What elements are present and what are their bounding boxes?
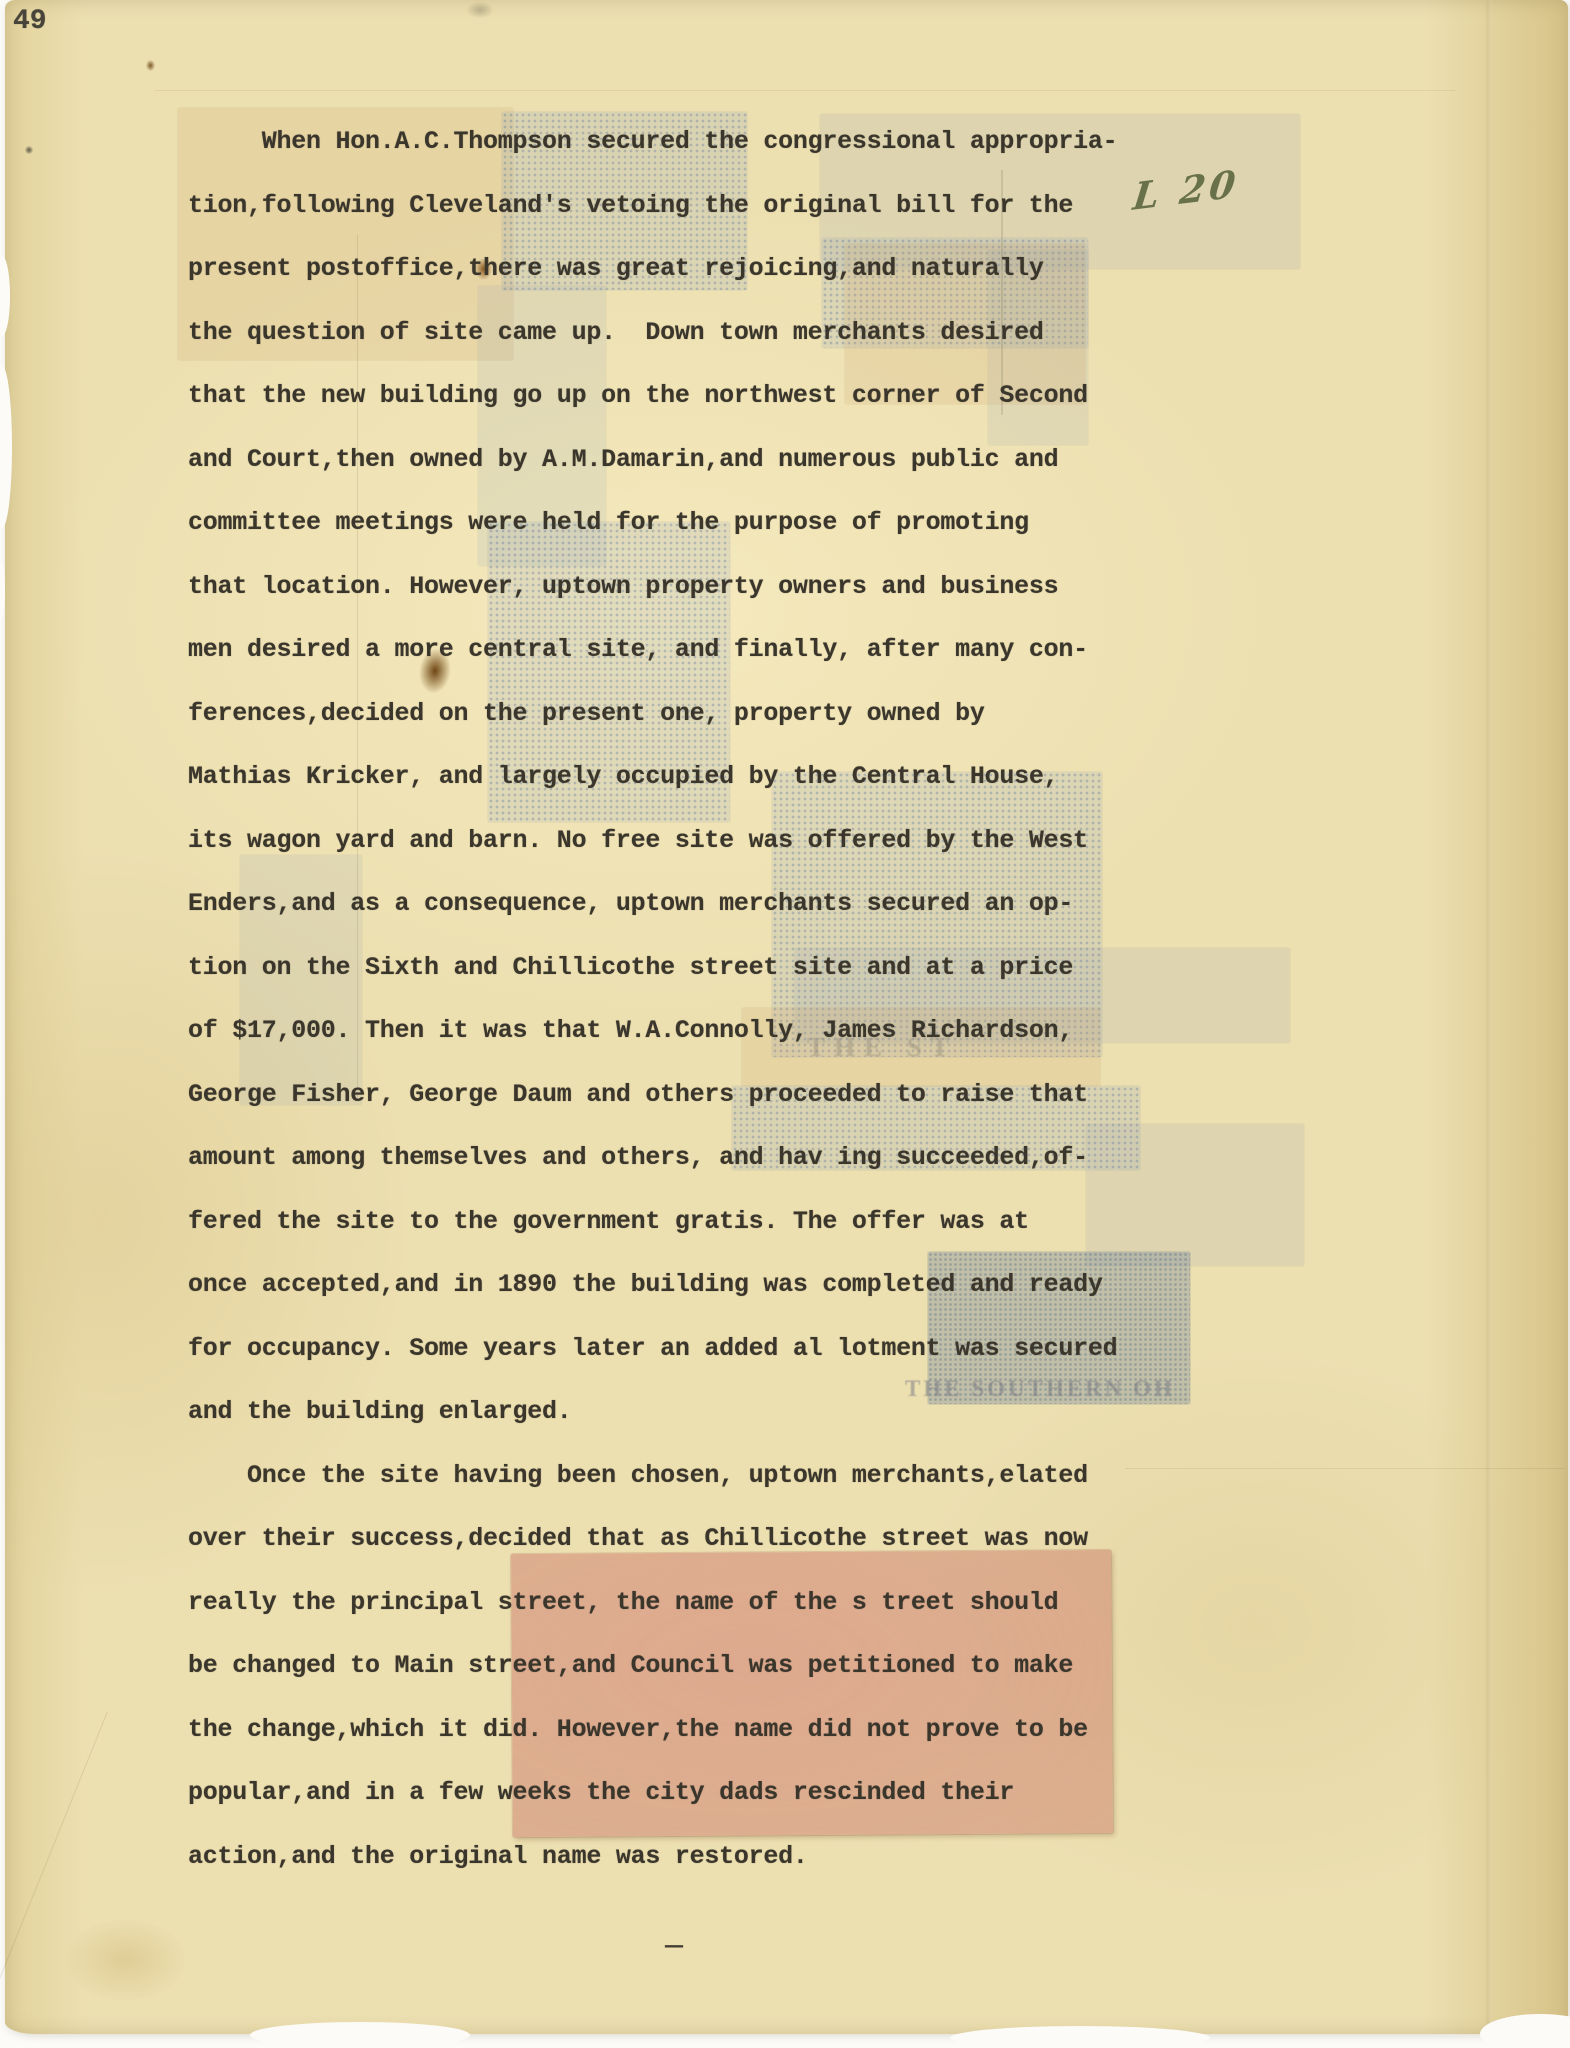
paper-sheet: THE ST THE SOUTHERN OH 49 L 20 — When Ho…	[5, 0, 1568, 2034]
text-line: over their success,decided that as Chill…	[188, 1507, 1117, 1571]
stain	[146, 60, 155, 71]
text-line: the change,which it did. However,the nam…	[188, 1698, 1117, 1762]
crease-line	[155, 90, 1455, 91]
stain	[467, 2, 493, 18]
text-line: and the building enlarged.	[188, 1380, 1117, 1444]
text-line: present postoffice,there was great rejoi…	[188, 237, 1117, 301]
text-line: be changed to Main street,and Council wa…	[188, 1634, 1117, 1698]
text-line: the question of site came up. Down town …	[188, 301, 1117, 365]
typewritten-text: When Hon.A.C.Thompson secured the congre…	[188, 110, 1117, 1888]
crease-line	[1487, 0, 1491, 2034]
text-line: its wagon yard and barn. No free site wa…	[188, 809, 1117, 873]
text-line: that the new building go up on the north…	[188, 364, 1117, 428]
text-line: ferences,decided on the present one, pro…	[188, 682, 1117, 746]
text-line: George Fisher, George Daum and others pr…	[188, 1063, 1117, 1127]
text-line: once accepted,and in 1890 the building w…	[188, 1253, 1117, 1317]
text-line: and Court,then owned by A.M.Damarin,and …	[188, 428, 1117, 492]
text-line: tion on the Sixth and Chillicothe street…	[188, 936, 1117, 1000]
text-line: popular,and in a few weeks the city dads…	[188, 1761, 1117, 1825]
text-line: Mathias Kricker, and largely occupied by…	[188, 745, 1117, 809]
text-line: committee meetings were held for the pur…	[188, 491, 1117, 555]
text-line: Once the site having been chosen, uptown…	[188, 1444, 1117, 1508]
scanned-document: THE ST THE SOUTHERN OH 49 L 20 — When Ho…	[0, 0, 1570, 2048]
footer-dash-mark: —	[665, 1935, 683, 1959]
text-line: When Hon.A.C.Thompson secured the congre…	[188, 110, 1117, 174]
text-line: men desired a more central site, and fin…	[188, 618, 1117, 682]
torn-edge	[950, 2026, 1210, 2048]
text-line: of $17,000. Then it was that W.A.Connoll…	[188, 999, 1117, 1063]
text-line: tion,following Cleveland's vetoing the o…	[188, 174, 1117, 238]
text-line: Enders,and as a consequence, uptown merc…	[188, 872, 1117, 936]
text-line: that location. However, uptown property …	[188, 555, 1117, 619]
page-number: 49	[13, 8, 47, 36]
stain	[25, 146, 33, 154]
text-line: really the principal street, the name of…	[188, 1571, 1117, 1635]
crease-line	[1125, 1468, 1565, 1469]
text-line: amount among themselves and others, and …	[188, 1126, 1117, 1190]
text-line: action,and the original name was restore…	[188, 1825, 1117, 1889]
text-line: for occupancy. Some years later an added…	[188, 1317, 1117, 1381]
torn-edge	[250, 2022, 470, 2048]
pasted-clipping	[1086, 1124, 1304, 1266]
stain	[65, 1920, 185, 2000]
text-line: fered the site to the government gratis.…	[188, 1190, 1117, 1254]
